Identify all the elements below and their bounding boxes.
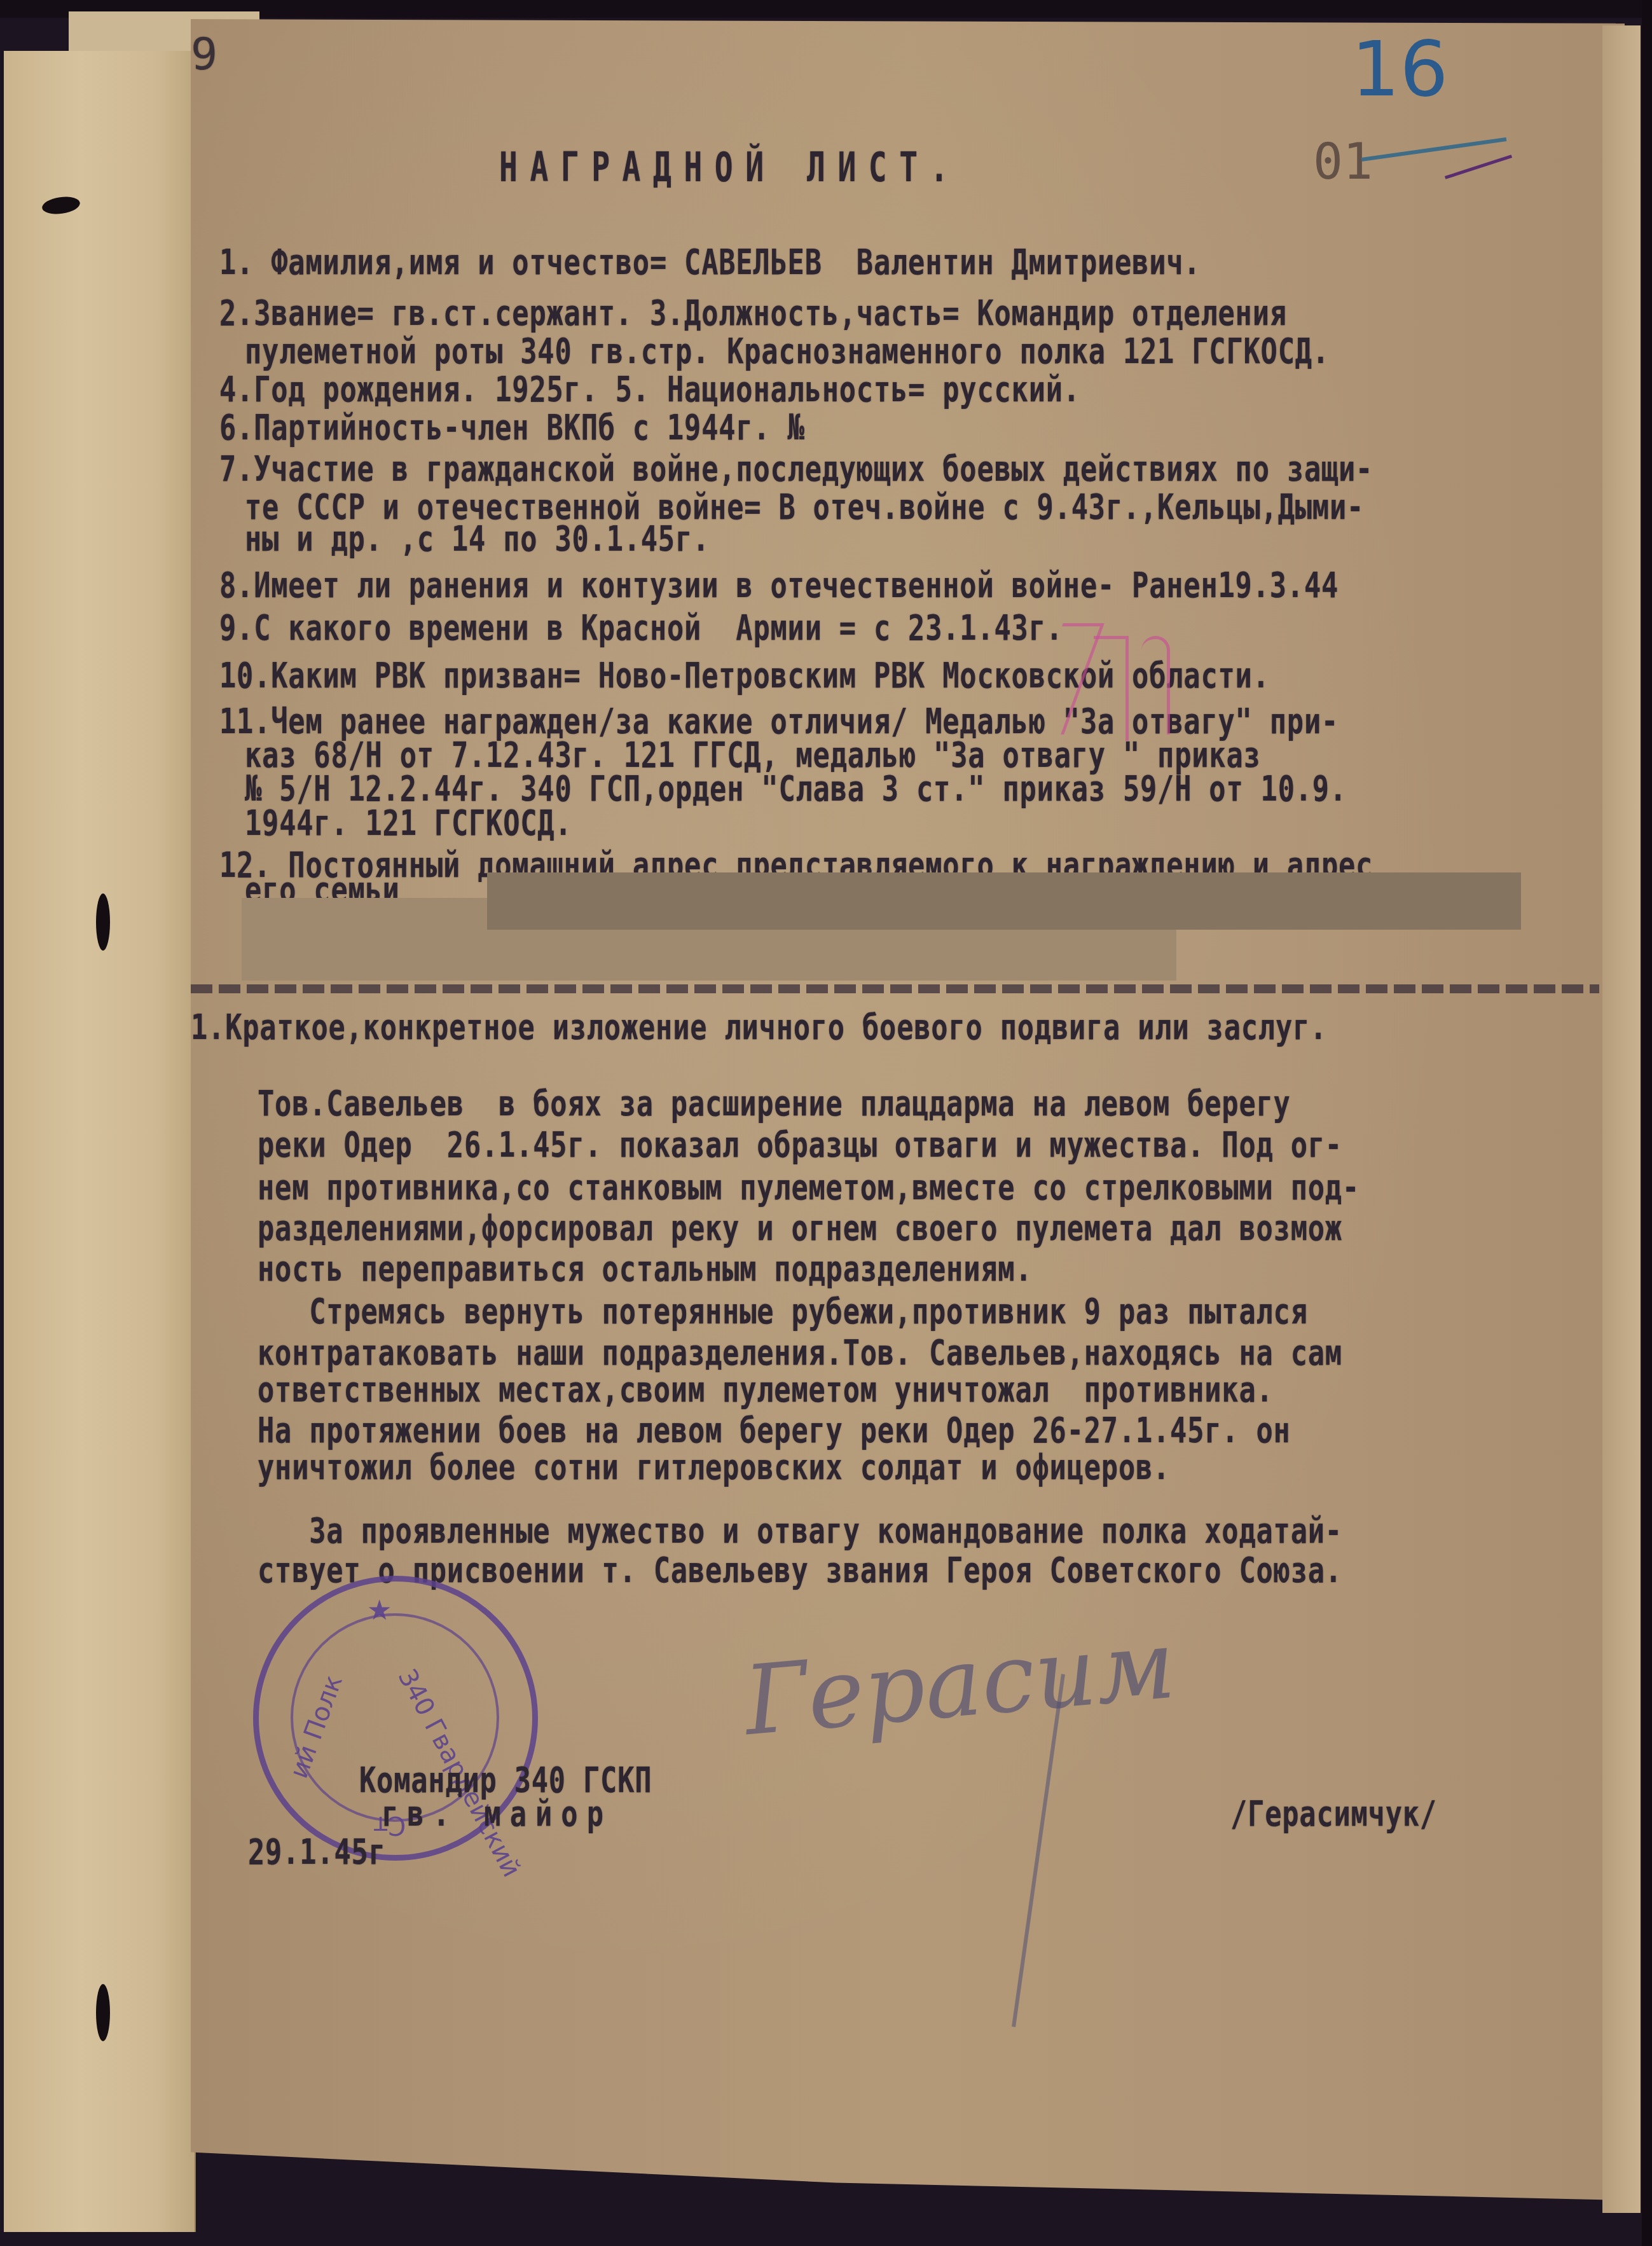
field-army-since: 9.С какого времени в Красной Армии = с 2…	[219, 610, 1063, 646]
field-party: 6.Партийность-член ВКПб с 1944г. №	[219, 410, 805, 446]
narrative-line: разделениями,форсировал реку и огнем сво…	[258, 1211, 1342, 1246]
red-pencil-mark	[1094, 636, 1129, 741]
field-rank-position: 2.Звание= гв.ст.сержант. 3.Должность,час…	[219, 296, 1287, 331]
section-header: 1.Краткое,конкретное изложение личного б…	[191, 1010, 1327, 1045]
archive-number: 01	[1313, 134, 1373, 191]
document-date: 29.1.45г	[248, 1835, 386, 1870]
field-wounds: 8.Имеет ли ранения и контузии в отечеств…	[219, 568, 1339, 603]
punch-hole	[96, 893, 110, 951]
right-edge-strip	[1602, 25, 1641, 2213]
narrative-line: Стремясь вернуть потерянные рубежи,проти…	[258, 1294, 1308, 1330]
star-icon: ★	[367, 1594, 392, 1627]
document-title: НАГРАДНОЙ ЛИСТ.	[499, 148, 961, 188]
narrative-line: ответственных местах,своим пулеметом уни…	[258, 1372, 1274, 1408]
field-birth-nationality: 4.Год рождения. 1925г. 5. Национальность…	[219, 372, 1080, 408]
handwritten-page-number: 16	[1351, 25, 1449, 114]
narrative-line: ность переправиться остальным подразделе…	[258, 1251, 1032, 1287]
page-number: 9	[191, 32, 218, 76]
field-war-participation-cont: ны и др. ,с 14 по 30.1.45г.	[245, 521, 710, 557]
narrative-line: нем противника,со станковым пулеметом,вм…	[258, 1170, 1359, 1206]
field-war-participation: 7.Участие в гражданской войне,последующи…	[219, 451, 1373, 487]
red-pencil-mark	[1141, 636, 1170, 734]
narrative-line: За проявленные мужество и отвагу командо…	[258, 1513, 1342, 1549]
signatory-name: /Герасимчук/	[1230, 1796, 1437, 1832]
punch-hole	[41, 195, 81, 216]
field-previous-awards-cont: № 5/Н 12.2.44г. 340 ГСП,орден "Слава 3 с…	[245, 771, 1347, 807]
field-previous-awards-cont: 1944г. 121 ГСГКОСД.	[245, 806, 572, 841]
scan-frame-right	[1642, 0, 1652, 2246]
narrative-line: реки Одер 26.1.45г. показал образцы отва…	[258, 1127, 1342, 1163]
binding-strip	[4, 51, 196, 2232]
punch-hole	[96, 1984, 110, 2041]
field-rank-position-cont: пулеметной роты 340 гв.стр. Краснознамен…	[245, 334, 1330, 369]
narrative-line: Тов.Савельев в боях за расширение плацда…	[258, 1086, 1291, 1122]
section-divider	[191, 984, 1599, 993]
narrative-line: контратаковать наши подразделения.Тов. С…	[258, 1335, 1342, 1371]
narrative-line: На протяжении боев на левом берегу реки …	[258, 1413, 1291, 1449]
signatory-rank: гв. майор	[382, 1796, 612, 1832]
redaction-box	[487, 872, 1521, 930]
field-full-name: 1. Фамилия,имя и отчество= САВЕЛЬЕВ Вале…	[219, 245, 1201, 280]
narrative-line: уничтожил более сотни гитлеровских солда…	[258, 1450, 1170, 1485]
